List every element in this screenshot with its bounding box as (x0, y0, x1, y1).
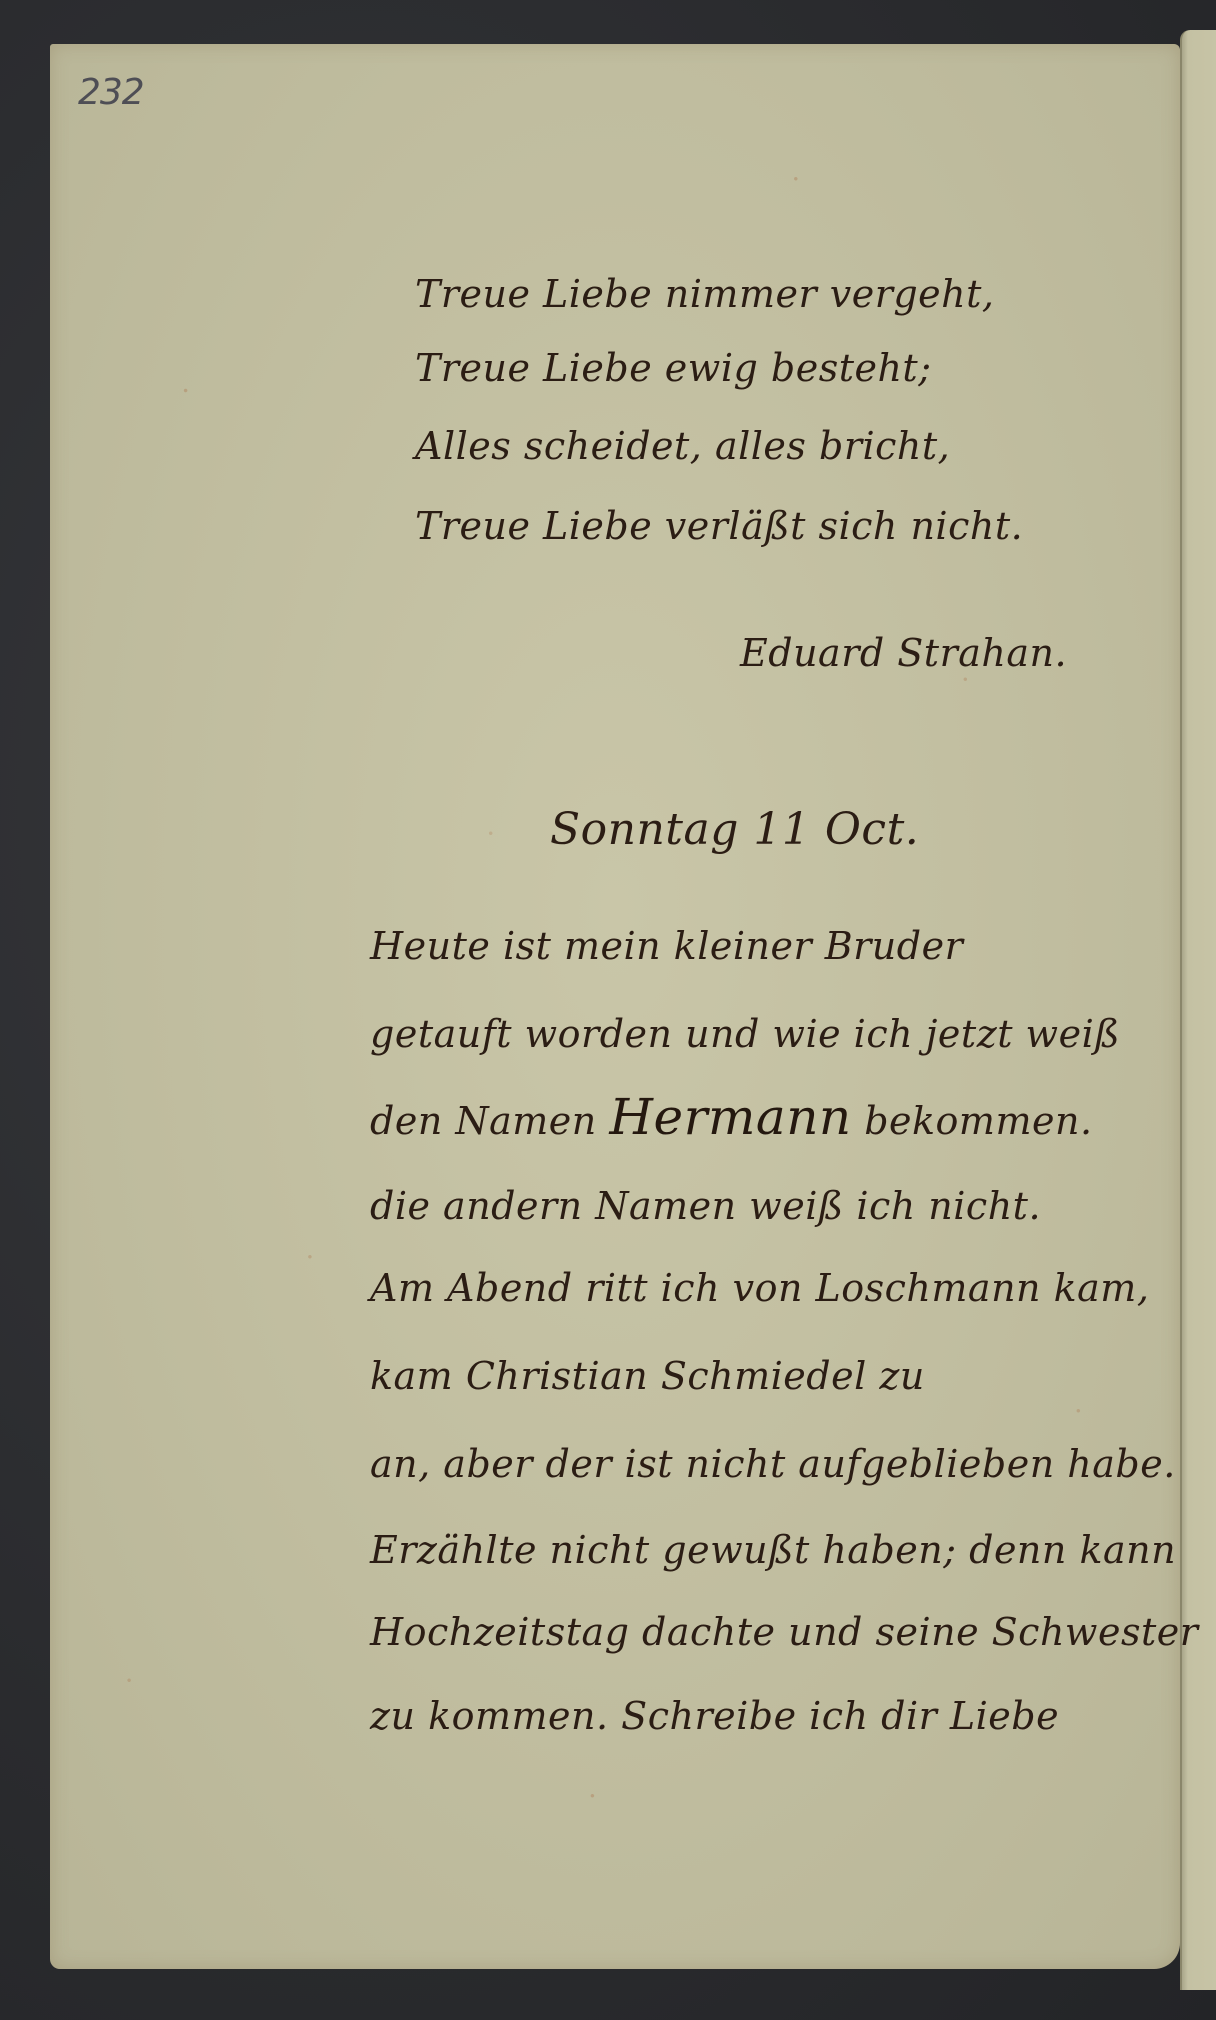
poem-line-2: Treue Liebe ewig besteht; (415, 346, 932, 390)
poem-line-3: Alles scheidet, alles bricht, (415, 424, 950, 468)
entry-line-3-end: bekommen. (864, 1099, 1092, 1143)
poem-line-4: Treue Liebe verläßt sich nicht. (415, 504, 1023, 548)
entry-line-3-start: den Namen (370, 1099, 597, 1143)
adjacent-page-edge (1180, 30, 1216, 1990)
name-hermann: Hermann (609, 1088, 851, 1146)
poem-line-1: Treue Liebe nimmer vergeht, (415, 272, 995, 316)
page-number: 232 (78, 72, 144, 113)
entry-line-7: an, aber der ist nicht aufgeblieben habe… (370, 1442, 1176, 1486)
entry-line-9: Hochzeitstag dachte und seine Schwester (370, 1610, 1198, 1654)
entry-line-8: Erzählte nicht gewußt haben; denn kann (370, 1528, 1176, 1572)
entry-line-3: den Namen Hermann bekommen. (370, 1088, 1093, 1146)
entry-line-6-end: zu (879, 1354, 925, 1398)
name-christian-schmiedel: Christian Schmiedel (466, 1354, 867, 1398)
entry-line-5: Am Abend ritt ich von Loschmann kam, (370, 1266, 1149, 1310)
entry-line-1: Heute ist mein kleiner Bruder (370, 924, 963, 968)
entry-date-heading: Sonntag 11 Oct. (550, 804, 919, 855)
entry-line-4: die andern Namen weiß ich nicht. (370, 1184, 1041, 1228)
entry-line-2: getauft worden und wie ich jetzt weiß (370, 1012, 1120, 1056)
entry-line-6: kam Christian Schmiedel zu (370, 1354, 925, 1398)
entry-line-6-start: kam (370, 1354, 453, 1398)
manuscript-page: 232 Treue Liebe nimmer vergeht, Treue Li… (50, 44, 1180, 1969)
poem-author-signature: Eduard Strahan. (740, 631, 1067, 675)
entry-line-10: zu kommen. Schreibe ich dir Liebe (370, 1694, 1059, 1738)
